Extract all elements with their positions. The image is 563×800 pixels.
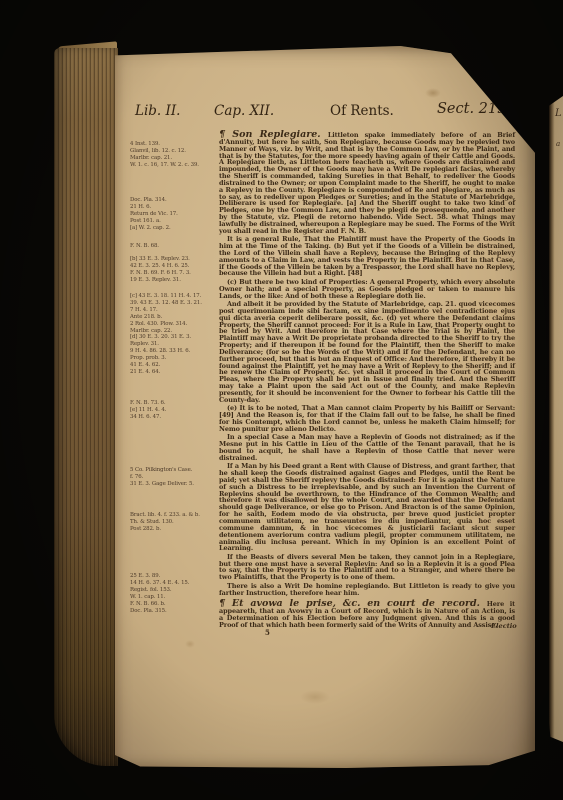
margin-note: f. 76. [130, 474, 216, 481]
margin-note: 5 Co. Pilkington's Case. [130, 467, 216, 474]
margin-note: 39. 43 E. 3. 12. 48 E. 3. 21. [130, 300, 216, 307]
margin-note: F. N. B. 69. F. 6 H. 7. 3. [130, 270, 216, 277]
margin-note-group: 25 E. 3. 89.14 H. 6. 37. 4 E. 4. 15.Regi… [130, 573, 216, 614]
paragraph: If the Beasts of divers several Men be t… [219, 554, 515, 581]
margin-note-group: Bract. lib. 4. f. 233. a. & b.Th. & Stud… [130, 512, 216, 533]
paragraph: ¶ Son Replegiare. Littleton spake immedi… [219, 132, 515, 235]
body-text-column: ¶ Son Replegiare. Littleton spake immedi… [219, 132, 515, 630]
paragraph-lead: ¶ Et avowa le prise, &c. en court de rec… [219, 598, 487, 609]
paragraph: If a Man by his Deed grant a Rent with C… [219, 463, 515, 552]
margin-note: [b] 33 E. 3. Replev. 23. [130, 256, 216, 263]
margin-note-group: 4 Inst. 139.Glanvil, lib. 12. c. 12.Marl… [130, 141, 216, 169]
margin-note: Doc. Pla. 314. [130, 197, 216, 204]
margin-note: Prop. prob. 3. [130, 355, 216, 362]
margin-note: F. N. B. 73. 6. [130, 400, 216, 407]
margin-note: [d] 30 E. 3. 20. 31 E. 3. [130, 334, 216, 341]
margin-note: W. 1. cap. 11. [130, 594, 216, 601]
margin-note: Bract. lib. 4. f. 233. a. & b. [130, 512, 216, 519]
margin-note: [a] W. 2. cap. 2. [130, 225, 216, 232]
margin-notes-column: 4 Inst. 139.Glanvil, lib. 12. c. 12.Marl… [130, 46, 216, 768]
margin-note: 42 E. 3. 25. 4 H. 6. 25. [130, 263, 216, 270]
paragraph-lead: ¶ Son Replegiare. [219, 129, 328, 140]
margin-note-group: F. N. B. 73. 6.[e] 11 H. 4. 4.34 H. 6. 4… [130, 400, 216, 421]
margin-note: 19 E. 3. Replev. 31. [130, 277, 216, 284]
margin-note: 21 H. 6. [130, 204, 216, 211]
catchword: Electio [491, 622, 517, 630]
facing-page-partial-text: L [555, 108, 562, 119]
margin-note: Post 282. b. [130, 526, 216, 533]
header-section-number: Sect. 219. [437, 101, 511, 117]
margin-note: 7 H. 4. 17. [130, 307, 216, 314]
margin-note-group: Doc. Pla. 314.21 H. 6.Return de Vic. 17.… [130, 197, 216, 232]
margin-note-group: [c] 43 E. 3. 18. 11 H. 4. 17.39. 43 E. 3… [130, 293, 216, 376]
margin-note: Marlbr. cap. 21. [130, 155, 216, 162]
margin-note: 34 H. 6. 47. [130, 414, 216, 421]
margin-note: Glanvil, lib. 12. c. 12. [130, 148, 216, 155]
margin-note: Doc. Pla. 315. [130, 608, 216, 615]
margin-note: 14 H. 6. 37. 4 E. 4. 15. [130, 580, 216, 587]
margin-note-group: [b] 33 E. 3. Replev. 23.42 E. 3. 25. 4 H… [130, 256, 216, 284]
book-page: Lib. II. Cap. XII. Of Rents. Sect. 219. … [115, 46, 535, 768]
facing-page-partial-text: a [556, 140, 560, 148]
header-chapter-number: Cap. XII. [214, 103, 274, 119]
photo-background: Lib. II. Cap. XII. Of Rents. Sect. 219. … [0, 0, 563, 800]
paragraph: (e) It is to be noted, That a Man cannot… [219, 405, 515, 432]
margin-note: Regist. fol. 153. [130, 587, 216, 594]
margin-note: 2 Rol. 430. Plow. 314. [130, 321, 216, 328]
signature-mark: 5 [265, 628, 270, 637]
paper-stain [425, 88, 441, 98]
margin-note: [c] 43 E. 3. 18. 11 H. 4. 17. [130, 293, 216, 300]
book-fore-edge [54, 48, 118, 766]
margin-note: F. N. B. 68. [130, 243, 216, 250]
margin-note-group: F. N. B. 68. [130, 243, 216, 250]
paragraph: (c) But there be two kind of Properties:… [219, 279, 515, 300]
header-running-title: Of Rents. [330, 103, 394, 119]
paragraph: ¶ Et avowa le prise, &c. en court de rec… [219, 601, 515, 628]
facing-page-edge: L a [549, 96, 563, 742]
margin-note: [e] 11 H. 4. 4. [130, 407, 216, 414]
margin-note: Marlbr. cap. 22. [130, 328, 216, 335]
margin-note-group: 5 Co. Pilkington's Case.f. 76.31 E. 3. G… [130, 467, 216, 488]
margin-note: 21 E. 4. 64. [130, 369, 216, 376]
margin-note: 41 E. 4. 62. [130, 362, 216, 369]
margin-note: Replev. 31. [130, 341, 216, 348]
margin-note: F. N. B. 66. b. [130, 601, 216, 608]
margin-note: 25 E. 3. 89. [130, 573, 216, 580]
margin-note: 31 E. 3. Gage Deliver. 5. [130, 481, 216, 488]
margin-note: 9 H. 4. 86. 28. 33 H. 6. [130, 348, 216, 355]
paragraph: In a special Case a Man may have a Reple… [219, 434, 515, 461]
margin-note: Post 161. a. [130, 218, 216, 225]
paragraph: It is a general Rule, That the Plaintiff… [219, 236, 515, 277]
paragraph: And albeit it be provided by the Statute… [219, 301, 515, 404]
margin-note: Th. & Stud. 130. [130, 519, 216, 526]
margin-note: Return de Vic. 17. [130, 211, 216, 218]
paragraph: There is also a Writ De homine replegian… [219, 583, 515, 597]
margin-note: W. 1. c. 16, 17. W. 2. c. 39. [130, 162, 216, 169]
margin-note: Ante 218. b. [130, 314, 216, 321]
margin-note: 4 Inst. 139. [130, 141, 216, 148]
